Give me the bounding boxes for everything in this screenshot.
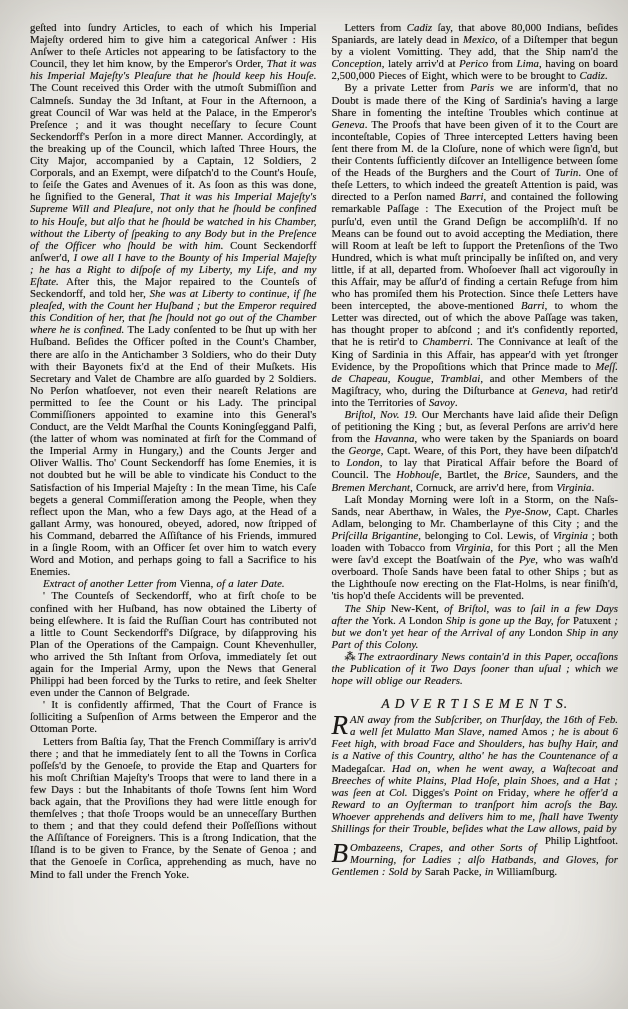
letters-from-cadiz: Letters from Cadiz ſay, that above 80,00… [332,22,619,82]
text-segment: Briſtol, Nov. 19. [345,409,418,421]
text-segment: . [555,866,558,878]
text-segment: Virginia [553,530,588,542]
text-segment: Geneva [531,385,564,397]
paris-private-letter: By a private Letter from Paris we are in… [332,82,619,409]
text-segment: London [346,457,379,469]
publication-notice: ⁂ The extraordinary News contain'd in th… [332,651,619,687]
text-segment: Point on [449,787,498,799]
text-segment: Pye-Snow [505,506,549,518]
shipwreck-news: Laſt Monday Morning were loſt in a Storm… [332,494,619,603]
text-segment: ' The Counteſs of Seckendorff, who at fi… [30,590,317,699]
text-segment: York [372,615,393,627]
text-segment: Philip Lightfoot. [537,835,618,847]
text-segment: . A [393,615,409,627]
ship-newkent-note: The Ship New-Kent, of Briſtol, was to ſa… [332,603,619,651]
text-segment: Paris [470,82,494,94]
text-segment: Geneva [332,119,365,131]
text-segment: Williamſburg [497,866,555,878]
text-segment: , belonging to Col. Lewis, of [418,530,553,542]
text-segment: Mexico [463,34,495,46]
text-segment: , and contained the following remarkable… [332,191,619,312]
text-segment: Havanna [375,433,415,445]
text-segment: The extraordinary News contain'd in this… [332,651,619,687]
text-segment: Cadiz [407,22,432,34]
newspaper-page: geſted into ſundry Articles, to each of … [0,0,628,1009]
text-segment: Perico [459,58,488,70]
right-column: Letters from Cadiz ſay, that above 80,00… [332,22,619,885]
text-segment: Virginia [455,542,490,554]
text-segment: Patuxent [573,615,611,627]
text-segment: . [591,482,594,494]
advertisements-heading: A D V E R T I S E M E N T S. [332,696,619,712]
extract-france-suspension: ' It is confidently affirmed, That the C… [30,699,317,735]
text-segment: from [488,58,516,70]
text-segment: Conception [332,58,382,70]
text-segment: , in [479,866,497,878]
text-segment: Turin [555,167,579,179]
text-segment: Hobhouſe [396,469,439,481]
text-segment: Letters from [345,22,407,34]
article-seckendorff-arrest: geſted into ſundry Articles, to each of … [30,22,317,578]
text-segment: Extract of another Letter from [43,578,180,590]
letters-from-bastia: Letters from Baſtia ſay, That the French… [30,736,317,881]
text-segment: ' It is confidently affirmed, That the C… [30,699,317,735]
text-segment: By a private Letter from [345,82,471,94]
text-segment: Digges's [412,787,449,799]
text-segment: . [605,70,608,82]
text-segment: Sarah Packe [425,866,479,878]
text-segment: Priſcilla Brigantine [332,530,419,542]
text-segment: , Saunders, and the [527,469,618,481]
extract-countess-liberty: ' The Counteſs of Seckendorff, who at fi… [30,590,317,699]
text-segment: Barri [521,300,545,312]
text-segment: Vienna [180,578,211,590]
text-segment: Friday [498,787,526,799]
text-segment: , Cornuck, are arriv'd here, from [410,482,556,494]
advertisements-section: RAN away from the Subſcriber, on Thurſda… [332,714,619,878]
text-segment: Chamberri [422,336,470,348]
text-segment: , Bartlet, the [439,469,504,481]
text-segment: Bremen Merchant [332,482,411,494]
text-segment: Savoy [429,397,455,409]
text-segment: London [409,615,443,627]
text-segment: Letters from Baſtia ſay, That the French… [30,736,317,881]
text-segment: The Ship [345,603,391,615]
right-column-news: Letters from Cadiz ſay, that above 80,00… [332,22,619,687]
ad-runaway-slave: RAN away from the Subſcriber, on Thurſda… [332,714,619,835]
text-segment: Ship is gone up the Bay, for [443,615,573,627]
text-segment: Virginia [556,482,591,494]
ad-mourning-goods: BOmbazeens, Crapes, and other Sorts of M… [332,842,619,878]
bristol-news: Briſtol, Nov. 19. Our Merchants have lai… [332,409,619,494]
text-segment: , of a later Date. [211,578,285,590]
text-segment: New-Kent [391,603,436,615]
extract-vienna-heading: Extract of another Letter from Vienna, o… [30,578,317,590]
drop-cap: R [332,714,351,736]
text-segment: The Lady conſented to be ſhut up with he… [30,324,317,578]
text-segment: Lima [517,58,539,70]
text-segment: London [529,627,563,639]
text-segment: Pye [519,554,535,566]
text-segment: , lately arriv'd at [382,58,459,70]
text-segment: George [349,445,381,457]
drop-cap: B [332,842,351,864]
text-columns: geſted into ſundry Articles, to each of … [0,0,628,885]
text-segment: Barri [460,191,484,203]
text-segment: Madegaſcar [332,763,383,775]
text-segment: Amos [521,726,547,738]
text-segment: . [455,397,458,409]
text-segment: The Count received this Order with the u… [30,82,317,203]
text-segment: Cadiz [579,70,604,82]
text-segment: Brice [504,469,528,481]
text-segment: ⁂ [345,651,358,663]
left-column: geſted into ſundry Articles, to each of … [30,22,317,885]
